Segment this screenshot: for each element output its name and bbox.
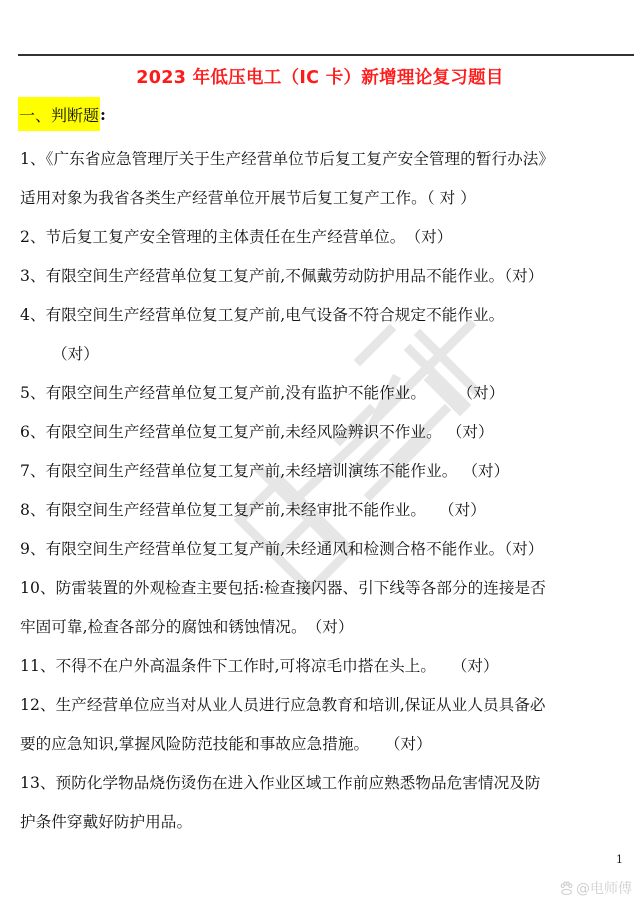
question-line: 1、《广东省应急管理厅关于生产经营单位节后复工复产安全管理的暂行办法》 [20, 149, 554, 169]
question-line: 牢固可靠,检查各部分的腐蚀和锈蚀情况。 （对） [20, 617, 354, 637]
question-line: 13、预防化学物品烧伤烫伤在进入作业区域工作前应熟悉物品危害情况及防 [20, 773, 541, 793]
page-number: 1 [616, 853, 623, 866]
question-line: 10、防雷装置的外观检查主要包括:检查接闪器、引下线等各部分的连接是否 [20, 578, 546, 598]
source-label: @电师傅 [576, 878, 632, 898]
question-line: 3、有限空间生产经营单位复工复产前,不佩戴劳动防护用品不能作业。（对） [20, 266, 543, 286]
section-heading: 一、判断题: [18, 97, 106, 131]
question-line: 要的应急知识,掌握风险防范技能和事故应急措施。 （对） [20, 734, 432, 754]
question-line: 6、有限空间生产经营单位复工复产前,未经风险辨识不作业。 （对） [20, 422, 494, 442]
section-heading-colon: : [100, 105, 106, 124]
question-line: 12、生产经营单位应当对从业人员进行应急教育和培训,保证从业人员具备必 [20, 695, 546, 715]
document-title: 2023 年低压电工（IC 卡）新增理论复习题目 [0, 64, 640, 89]
question-line: 5、有限空间生产经营单位复工复产前,没有监护不能作业。 （对） [20, 383, 504, 403]
question-line: 护条件穿戴好防护用品。 [20, 812, 192, 832]
header-rule [18, 54, 634, 56]
section-heading-label: 一、判断题 [18, 97, 100, 131]
paw-icon [559, 881, 574, 896]
question-line: 11、不得不在户外高温条件下工作时,可将凉毛巾搭在头上。 （对） [20, 656, 499, 676]
question-line: 2、节后复工复产安全管理的主体责任在生产经营单位。 （对） [20, 227, 452, 247]
question-line: 4、有限空间生产经营单位复工复产前,电气设备不符合规定不能作业。 [20, 305, 504, 325]
question-line: 8、有限空间生产经营单位复工复产前,未经审批不能作业。 （对） [20, 500, 486, 520]
source-badge[interactable]: @电师傅 [559, 878, 632, 898]
question-line: 适用对象为我省各类生产经营单位开展节后复工复产工作。（ 对 ） [20, 188, 476, 208]
question-line: 7、有限空间生产经营单位复工复产前,未经培训演练不能作业。 （对） [20, 461, 509, 481]
question-line: 9、有限空间生产经营单位复工复产前,未经通风和检测合格不能作业。（对） [20, 539, 543, 559]
question-answer: （对） [52, 344, 99, 364]
